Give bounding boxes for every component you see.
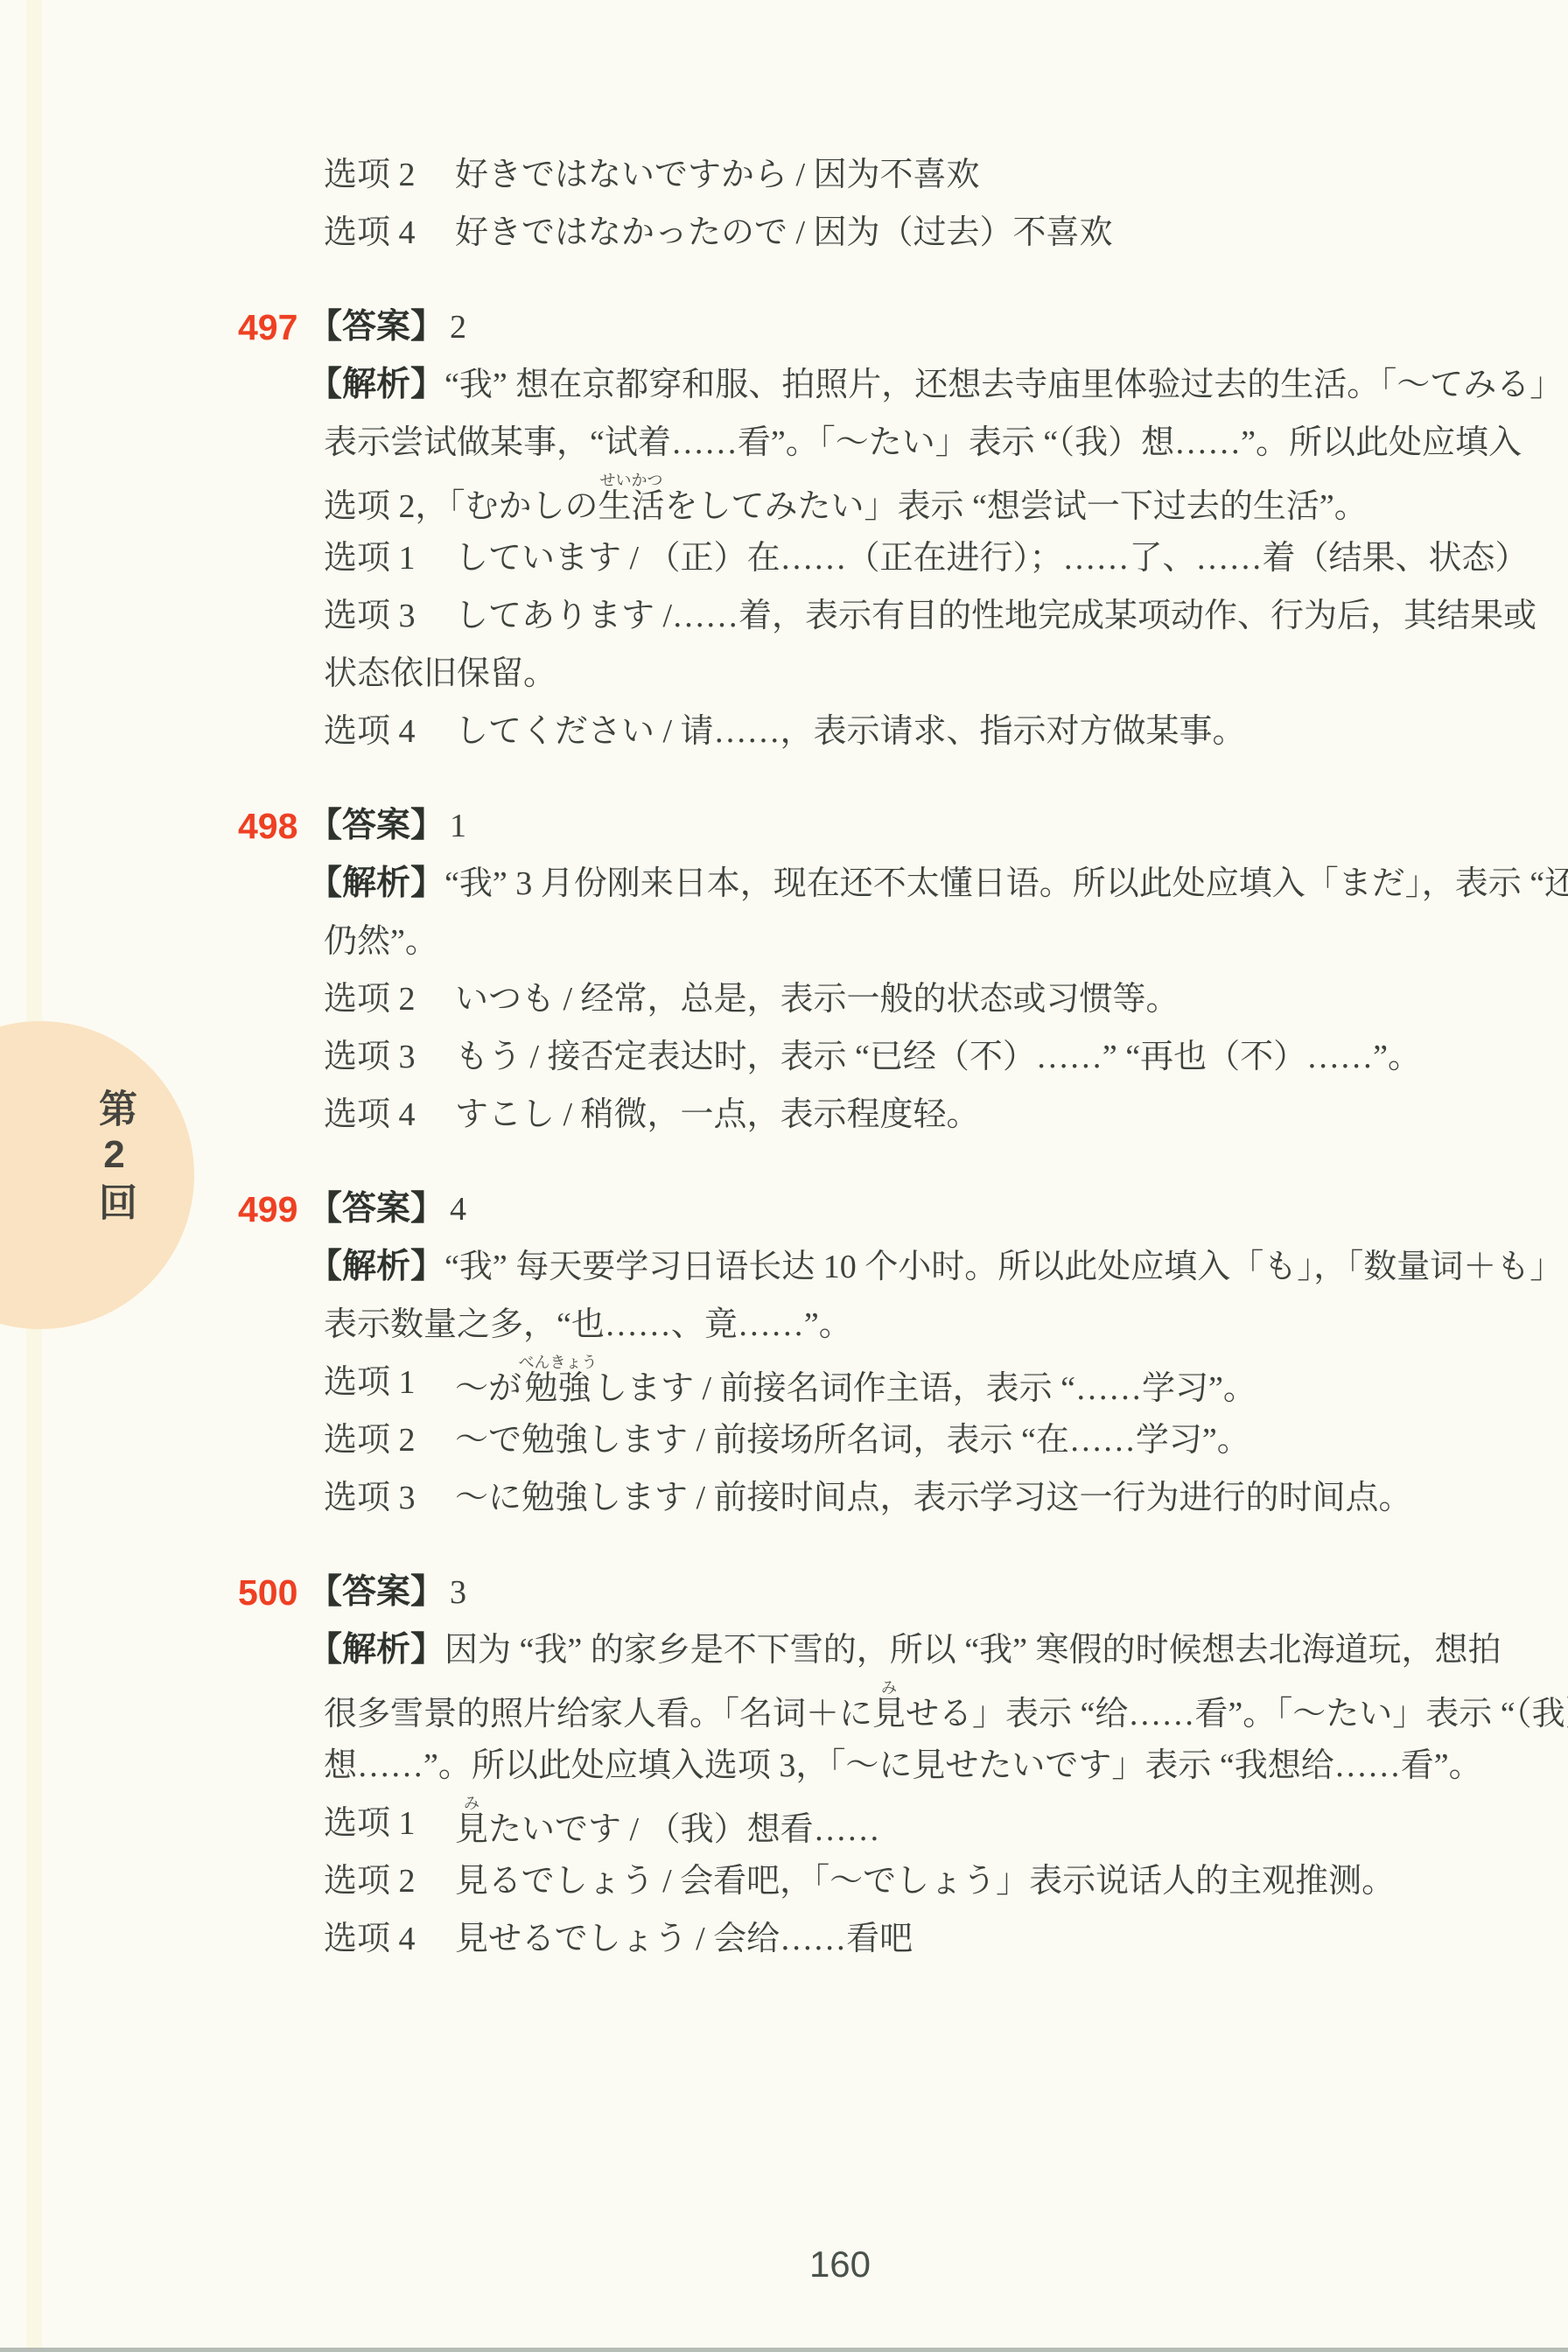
analysis-line: 【解析】因为 “我” 的家乡是不下雪的，所以 “我” 寒假的时候想去北海道玩，想… <box>0 1621 1568 1679</box>
option-line: 选项 1しています / （正）在……（正在进行）；……了、……着（结果、状态） <box>0 529 1568 587</box>
continuation-text: 想……”。所以此处应填入选项 3，「～に見せたいです」表示 “我想给……看”。 <box>324 1737 1482 1795</box>
option-label: 选项 4 <box>324 703 416 760</box>
answer-label: 【答案】 <box>308 797 444 855</box>
option-line: 选项 3してあります /……着，表示有目的性地完成某项动作、行为后，其结果或 <box>0 587 1568 645</box>
option-text: 好きではなかったので / 因为（过去）不喜欢 <box>455 204 1113 262</box>
book-page: { "page": { "background": "#fcfbf3", "ac… <box>0 0 1568 2352</box>
option-label: 选项 2 <box>324 1852 416 1910</box>
option-line: 选项 3～に勉強します / 前接时间点，表示学习这一行为进行的时间点。 <box>0 1469 1568 1527</box>
option-label: 选项 2 <box>324 146 416 204</box>
option-line: 选项 2好きではないですから / 因为不喜欢 <box>0 146 1568 204</box>
continuation-line: 想……”。所以此处应填入选项 3，「～に見せたいです」表示 “我想给……看”。 <box>0 1737 1568 1795</box>
page-number: 160 <box>744 2243 936 2285</box>
entry-number: 498 <box>238 797 297 855</box>
option-label: 选项 4 <box>324 1910 416 1968</box>
option-label: 选项 1 <box>324 1354 416 1411</box>
furigana-term: 勉強べんきょう <box>521 1370 594 1407</box>
page-bottom-edge <box>0 2348 1568 2352</box>
furigana-term: 見み <box>455 1811 488 1848</box>
answer-value: 2 <box>450 298 466 356</box>
option-text: もう / 接否定表达时，表示 “已经（不）……” “再也（不）……”。 <box>455 1028 1421 1086</box>
continuation-text: 表示数量之多，“也……、竟……”。 <box>324 1296 852 1354</box>
option-label: 选项 3 <box>324 587 416 645</box>
option-line: 选项 4好きではなかったので / 因为（过去）不喜欢 <box>0 204 1568 262</box>
option-text: 好きではないですから / 因为不喜欢 <box>455 146 980 204</box>
answer-line: 498【答案】1 <box>0 797 1568 855</box>
entry-number: 500 <box>238 1564 297 1621</box>
answer-label: 【答案】 <box>308 1180 444 1238</box>
analysis-label: 【解析】 <box>308 1621 444 1679</box>
answer-value: 1 <box>450 797 466 855</box>
continuation-line: 表示数量之多，“也……、竟……”。 <box>0 1296 1568 1354</box>
option-label: 选项 2 <box>324 970 416 1028</box>
answer-line: 500【答案】3 <box>0 1564 1568 1621</box>
option-line: 选项 1見みたいです / （我）想看…… <box>0 1795 1568 1852</box>
analysis-text: “我” 每天要学习日语长达 10 个小时。所以此处应填入「も」，「数量词＋も」 <box>444 1238 1563 1296</box>
option-label: 选项 4 <box>324 204 416 262</box>
analysis-text: “我” 3 月份刚来日本，现在还不太懂日语。所以此处应填入「まだ」，表示 “还、 <box>444 855 1568 913</box>
content-area: 选项 2好きではないですから / 因为不喜欢选项 4好きではなかったので / 因… <box>0 0 1568 2352</box>
option-text: いつも / 经常，总是，表示一般的状态或习惯等。 <box>455 970 1179 1028</box>
answer-line: 497【答案】2 <box>0 298 1568 356</box>
option-line: 选项 4見せるでしょう / 会给……看吧 <box>0 1910 1568 1968</box>
analysis-text: 因为 “我” 的家乡是不下雪的，所以 “我” 寒假的时候想去北海道玩，想拍 <box>444 1621 1501 1679</box>
analysis-label: 【解析】 <box>308 356 444 414</box>
option-text: 見せるでしょう / 会给……看吧 <box>455 1910 913 1968</box>
furigana-term: 見み <box>872 1696 906 1732</box>
continuation-line: 选项 2，「むかしの生活せいかつをしてみたい」表示 “想尝试一下过去的生活”。 <box>0 472 1568 529</box>
continuation-text: 选项 2，「むかしの生活せいかつをしてみたい」表示 “想尝试一下过去的生活”。 <box>324 472 1368 535</box>
option-text: ～が勉強べんきょうします / 前接名词作主语，表示 “……学习”。 <box>455 1354 1256 1417</box>
option-line: 选项 3もう / 接否定表达时，表示 “已经（不）……” “再也（不）……”。 <box>0 1028 1568 1086</box>
continuation-line: 表示尝试做某事，“试着……看”。「～たい」表示 “（我）想……”。所以此处应填入 <box>0 414 1568 472</box>
option-label: 选项 4 <box>324 1086 416 1144</box>
option-text: ～で勉強します / 前接场所名词，表示 “在……学习”。 <box>455 1411 1250 1469</box>
furigana-term: 生活せいかつ <box>598 488 665 525</box>
option-line: 选项 4してください / 请……，表示请求、指示对方做某事。 <box>0 703 1568 760</box>
answer-label: 【答案】 <box>308 1564 444 1621</box>
option-label: 选项 3 <box>324 1028 416 1086</box>
option-line: 选项 2いつも / 经常，总是，表示一般的状态或习惯等。 <box>0 970 1568 1028</box>
continuation-line: 很多雪景的照片给家人看。「名词＋に見みせる」表示 “给……看”。「～たい」表示 … <box>0 1679 1568 1737</box>
option-label: 选项 2 <box>324 1411 416 1469</box>
analysis-line: 【解析】“我” 每天要学习日语长达 10 个小时。所以此处应填入「も」，「数量词… <box>0 1238 1568 1296</box>
continuation-text: 表示尝试做某事，“试着……看”。「～たい」表示 “（我）想……”。所以此处应填入 <box>324 414 1522 472</box>
option-line: 选项 2～で勉強します / 前接场所名词，表示 “在……学习”。 <box>0 1411 1568 1469</box>
option-line: 选项 2見るでしょう / 会看吧，「～でしょう」表示说话人的主观推测。 <box>0 1852 1568 1910</box>
continuation-line: 仍然”。 <box>0 913 1568 970</box>
continuation-text: 很多雪景的照片给家人看。「名词＋に見みせる」表示 “给……看”。「～たい」表示 … <box>324 1679 1568 1743</box>
continuation-line: 状态依旧保留。 <box>0 645 1568 703</box>
option-label: 选项 3 <box>324 1469 416 1527</box>
analysis-line: 【解析】“我” 3 月份刚来日本，现在还不太懂日语。所以此处应填入「まだ」，表示… <box>0 855 1568 913</box>
entry-number: 499 <box>238 1180 297 1238</box>
option-text: してあります /……着，表示有目的性地完成某项动作、行为后，其结果或 <box>455 587 1536 645</box>
option-text: しています / （正）在……（正在进行）；……了、……着（结果、状态） <box>455 529 1529 587</box>
option-line: 选项 1～が勉強べんきょうします / 前接名词作主语，表示 “……学习”。 <box>0 1354 1568 1411</box>
answer-label: 【答案】 <box>308 298 444 356</box>
answer-value: 3 <box>450 1564 466 1621</box>
entry-number: 497 <box>238 298 297 356</box>
answer-value: 4 <box>450 1180 466 1238</box>
option-text: 見みたいです / （我）想看…… <box>455 1795 880 1858</box>
option-label: 选项 1 <box>324 1795 416 1852</box>
option-text: してください / 请……，表示请求、指示对方做某事。 <box>455 703 1246 760</box>
option-label: 选项 1 <box>324 529 416 587</box>
option-text: ～に勉強します / 前接时间点，表示学习这一行为进行的时间点。 <box>455 1469 1412 1527</box>
analysis-label: 【解析】 <box>308 1238 444 1296</box>
continuation-text: 仍然”。 <box>324 913 438 970</box>
option-text: すこし / 稍微，一点，表示程度轻。 <box>455 1086 980 1144</box>
analysis-label: 【解析】 <box>308 855 444 913</box>
continuation-text: 状态依旧保留。 <box>324 645 556 703</box>
option-text: 見るでしょう / 会看吧，「～でしょう」表示说话人的主观推测。 <box>455 1852 1395 1910</box>
analysis-text: “我” 想在京都穿和服、拍照片，还想去寺庙里体验过去的生活。「～てみる」 <box>444 356 1563 414</box>
answer-line: 499【答案】4 <box>0 1180 1568 1238</box>
option-line: 选项 4すこし / 稍微，一点，表示程度轻。 <box>0 1086 1568 1144</box>
analysis-line: 【解析】“我” 想在京都穿和服、拍照片，还想去寺庙里体验过去的生活。「～てみる」 <box>0 356 1568 414</box>
